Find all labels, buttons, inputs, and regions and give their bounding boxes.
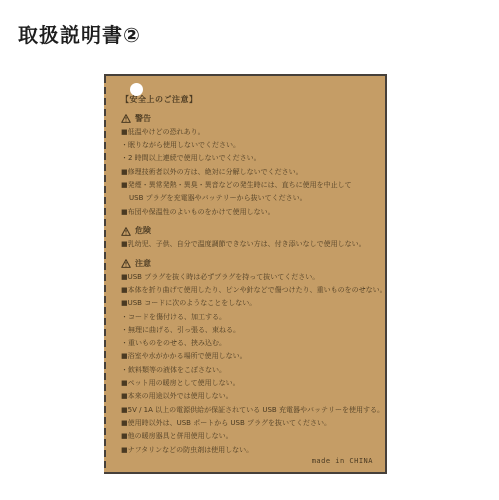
caution-label: 警告 [135,115,151,123]
caution-heading: 危険 [121,225,379,238]
manual-line: ■浴室や水がかかる場所で使用しない。 [121,350,379,363]
manual-hang-tag: 【安全上のご注意】警告■低温やけどの恐れあり。・眠りながら使用しないでください。… [104,74,387,474]
manual-line: ■USB プラグを抜く時は必ずプラグを持って抜いてください。 [121,271,379,284]
manual-line: ■USB コードに次のようなことをしない。 [121,297,379,310]
caution-heading: 注意 [121,257,379,270]
manual-line: ・眠りながら使用しないでください。 [121,139,379,152]
manual-line: ・重いものをのせる、挟み込む。 [121,337,379,350]
caution-heading: 警告 [121,112,379,125]
manual-line: ■布団や保温性のよいものをかけて使用しない。 [121,205,379,218]
manual-line: ・無理に曲げる、引っ張る、束ねる。 [121,324,379,337]
page-title: 取扱説明書② [18,19,141,48]
manual-line: ■発煙・異常発熱・異臭・異音などの発生時には、直ちに使用を中止して [121,179,379,192]
origin-label: made in CHINA [121,455,379,468]
manual-line: ■本来の用途以外では使用しない。 [121,390,379,403]
manual-content: 【安全上のご注意】警告■低温やけどの恐れあり。・眠りながら使用しないでください。… [121,93,379,468]
manual-line: ■ペット用の暖房として使用しない。 [121,377,379,390]
manual-line: ・コードを傷付ける、加工する。 [121,310,379,323]
manual-line: ■他の暖房器具と併用使用しない。 [121,430,379,443]
warning-triangle-icon [121,259,131,268]
manual-line: USB プラグを充電器やバッテリーから抜いてください。 [121,192,379,205]
warning-triangle-icon [121,227,131,236]
manual-line: ・飲料類等の液体をこぼさない。 [121,364,379,377]
manual-line: ■使用時以外は、USB ポートから USB プラグを抜いてください。 [121,417,379,430]
manual-line: ■低温やけどの恐れあり。 [121,126,379,139]
manual-line: ■修理技術者以外の方は、絶対に分解しないでください。 [121,165,379,178]
manual-line: ■乳幼児、子供、自分で温度調節できない方は、付き添いなしで使用しない。 [121,238,379,251]
manual-line: ■本体を折り曲げて使用したり、ピンや針などで傷つけたり、重いものをのせない。 [121,284,379,297]
caution-label: 注意 [135,260,151,268]
caution-label: 危険 [135,227,151,235]
manual-line: ・2 時間以上連続で使用しないでください。 [121,152,379,165]
perforated-left-edge [104,76,106,472]
warning-triangle-icon [121,114,131,123]
manual-line: ■5V / 1A 以上の電源供給が保証されている USB 充電器やバッテリーを使… [121,404,379,417]
section-title: 【安全上のご注意】 [121,93,379,106]
